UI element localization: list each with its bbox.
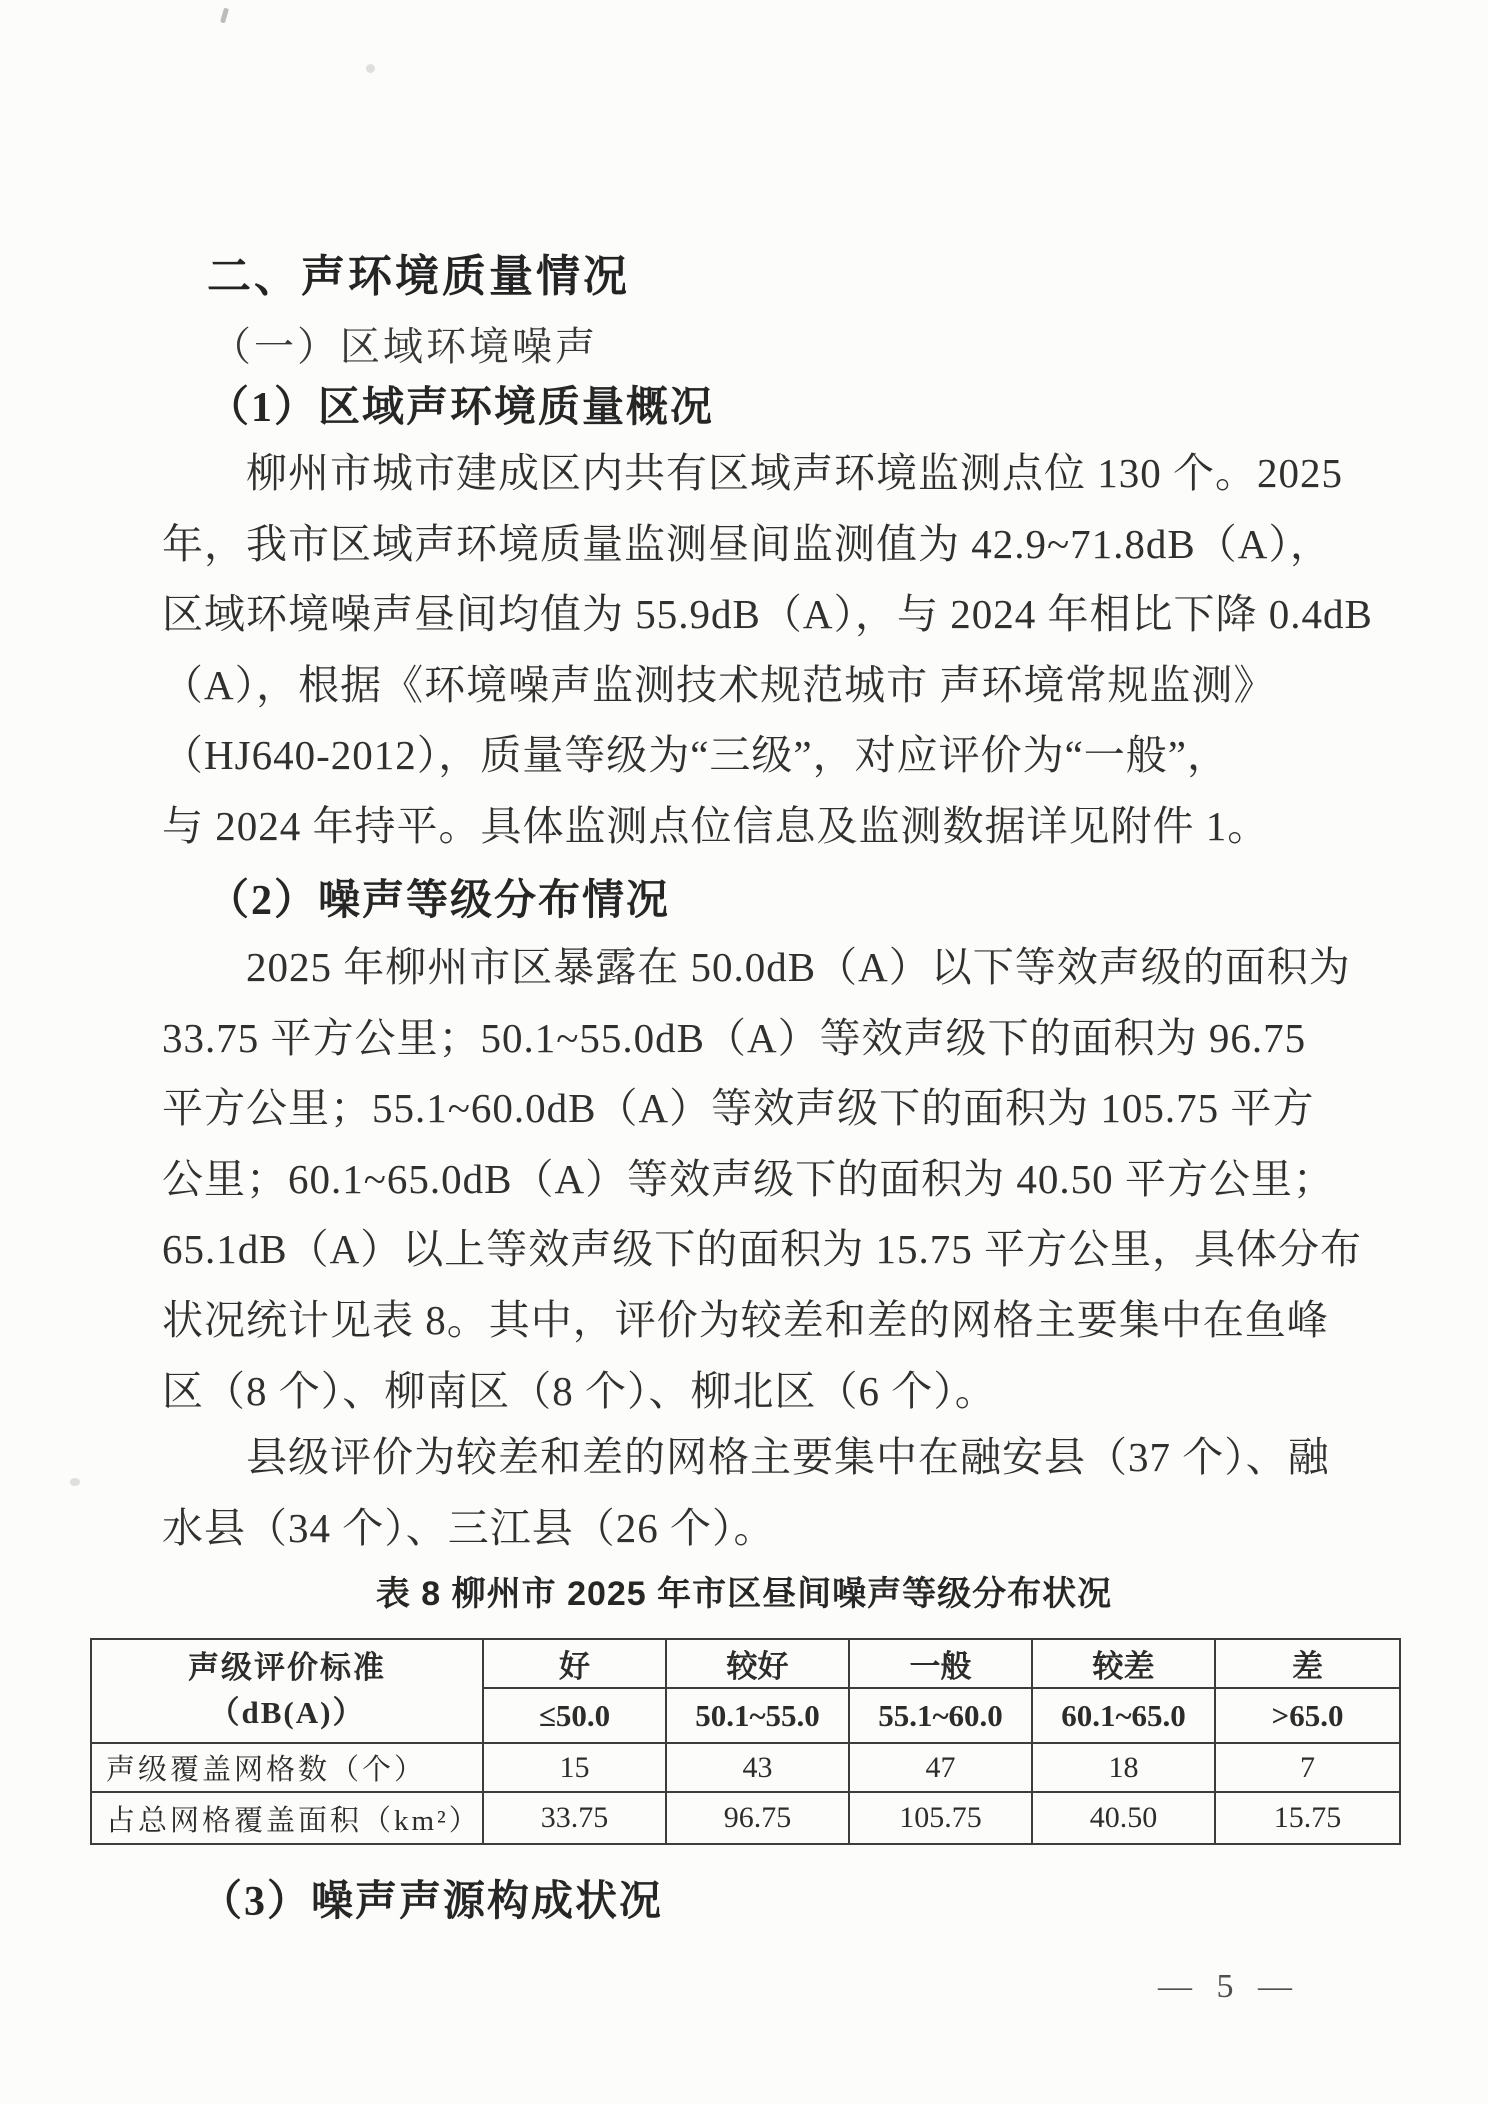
text-line: 年，我市区域声环境质量监测昼间监测值为 42.9~71.8dB（A），: [162, 509, 1373, 580]
text-line: 65.1dB（A）以上等效声级下的面积为 15.75 平方公里，具体分布: [162, 1214, 1362, 1285]
text-line: 水县（34 个）、三江县（26 个）。: [162, 1493, 1330, 1564]
table-caption: 表 8 柳州市 2025 年市区昼间噪声等级分布状况: [0, 1566, 1488, 1615]
paragraph-noise-distribution: 2025 年柳州市区暴露在 50.0dB（A）以下等效声级的面积为 33.75 …: [162, 932, 1362, 1426]
scan-artifact: [220, 8, 229, 24]
page-number: — 5 —: [1158, 1968, 1300, 2006]
range-header: ≤50.0: [483, 1688, 666, 1743]
text-line: 县级评价为较差和差的网格主要集中在融安县（37 个）、融: [162, 1422, 1330, 1493]
scan-artifact: [70, 1478, 80, 1486]
row-label: 声级覆盖网格数（个）: [91, 1743, 483, 1792]
cell-value: 43: [666, 1743, 849, 1792]
subheading-noise-distribution: （2）噪声等级分布情况: [207, 867, 670, 927]
document-page: 二、声环境质量情况 （一）区域环境噪声 （1）区域声环境质量概况 柳州市城市建成…: [0, 0, 1488, 2104]
cell-value: 96.75: [666, 1792, 849, 1844]
subheading-region-quality: （1）区域声环境质量概况: [207, 374, 714, 434]
text-line: 平方公里；55.1~60.0dB（A）等效声级下的面积为 105.75 平方: [162, 1073, 1362, 1144]
cell-value: 33.75: [483, 1792, 666, 1844]
table-row: 占总网格覆盖面积（km²） 33.75 96.75 105.75 40.50 1…: [91, 1792, 1400, 1844]
text-line: 状况统计见表 8。其中，评价为较差和差的网格主要集中在鱼峰: [162, 1285, 1362, 1356]
corner-header-line2: （dB(A)）: [92, 1691, 482, 1736]
text-line: 区域环境噪声昼间均值为 55.9dB（A），与 2024 年相比下降 0.4dB: [162, 579, 1373, 650]
level-header: 差: [1215, 1639, 1400, 1688]
scan-artifact: [366, 64, 375, 73]
text-line: 公里；60.1~65.0dB（A）等效声级下的面积为 40.50 平方公里；: [162, 1144, 1362, 1215]
range-header: 50.1~55.0: [666, 1688, 849, 1743]
table-corner-header: 声级评价标准 （dB(A)）: [91, 1639, 483, 1743]
text-line: （A），根据《环境噪声监测技术规范城市 声环境常规监测》: [162, 650, 1373, 721]
cell-value: 47: [849, 1743, 1032, 1792]
cell-value: 18: [1032, 1743, 1215, 1792]
subheading-noise-sources: （3）噪声声源构成状况: [200, 1868, 663, 1928]
cell-value: 7: [1215, 1743, 1400, 1792]
range-header: 60.1~65.0: [1032, 1688, 1215, 1743]
level-header: 一般: [849, 1639, 1032, 1688]
text-line: 与 2024 年持平。具体监测点位信息及监测数据详见附件 1。: [162, 791, 1373, 862]
cell-value: 15.75: [1215, 1792, 1400, 1844]
cell-value: 15: [483, 1743, 666, 1792]
cell-value: 40.50: [1032, 1792, 1215, 1844]
corner-header-line1: 声级评价标准: [92, 1646, 482, 1691]
level-header: 好: [483, 1639, 666, 1688]
text-line: 区（8 个）、柳南区（8 个）、柳北区（6 个）。: [162, 1356, 1362, 1427]
subsection-heading: （一）区域环境噪声: [211, 315, 598, 372]
text-line: 2025 年柳州市区暴露在 50.0dB（A）以下等效声级的面积为: [162, 932, 1362, 1003]
paragraph-region-quality: 柳州市城市建成区内共有区域声环境监测点位 130 个。2025 年，我市区域声环…: [162, 438, 1373, 862]
section-heading: 二、声环境质量情况: [207, 240, 630, 304]
paragraph-county-grids: 县级评价为较差和差的网格主要集中在融安县（37 个）、融 水县（34 个）、三江…: [162, 1422, 1330, 1563]
table-row: 声级覆盖网格数（个） 15 43 47 18 7: [91, 1743, 1400, 1792]
text-line: 柳州市城市建成区内共有区域声环境监测点位 130 个。2025: [162, 438, 1373, 509]
cell-value: 105.75: [849, 1792, 1032, 1844]
range-header: 55.1~60.0: [849, 1688, 1032, 1743]
text-line: 33.75 平方公里；50.1~55.0dB（A）等效声级下的面积为 96.75: [162, 1003, 1362, 1074]
range-header: >65.0: [1215, 1688, 1400, 1743]
noise-level-table: 声级评价标准 （dB(A)） 好 较好 一般 较差 差 ≤50.0 50.1~5…: [90, 1638, 1401, 1845]
level-header: 较好: [666, 1639, 849, 1688]
row-label: 占总网格覆盖面积（km²）: [91, 1792, 483, 1844]
level-header: 较差: [1032, 1639, 1215, 1688]
text-line: （HJ640-2012），质量等级为“三级”，对应评价为“一般”，: [162, 720, 1373, 791]
